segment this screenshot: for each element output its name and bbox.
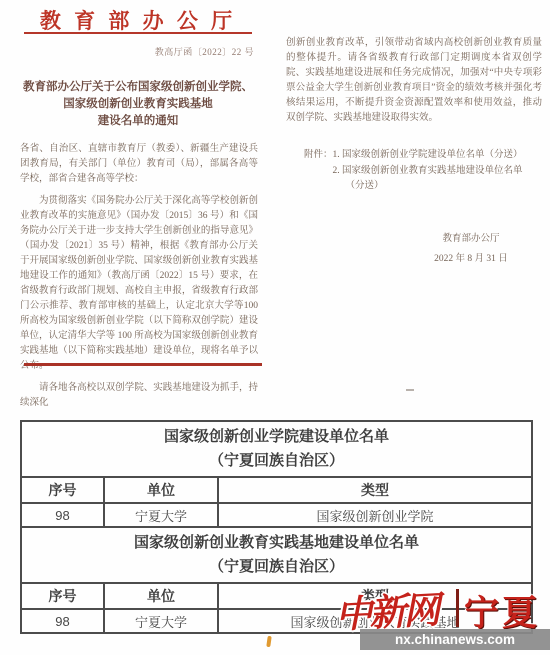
table-row: 98 宁夏大学 国家级创新创业学院 <box>21 503 532 527</box>
document-title: 教育部办公厅关于公布国家级创新创业学院、 国家级创新创业教育实践基地 建设名单的… <box>14 79 262 130</box>
watermark-site-url: nx.chinanews.com <box>360 629 550 650</box>
signature-block: 教育部办公厅 2022 年 8 月 31 日 <box>421 229 521 269</box>
table1-title: 国家级创新创业学院建设单位名单 <box>22 425 531 449</box>
cell-type: 国家级创新创业学院 <box>218 503 532 527</box>
signer-name: 教育部办公厅 <box>421 229 521 249</box>
scan-artifact-dash <box>406 389 414 391</box>
column-header-unit: 单位 <box>104 583 218 609</box>
table2-title: 国家级创新创业教育实践基地建设单位名单 <box>22 531 531 555</box>
attachments-block: 附件： 1. 国家级创新创业学院建设单位名单（分送） 2. 国家级创新创业教育实… <box>304 148 530 195</box>
sign-date: 2022 年 8 月 31 日 <box>421 249 521 269</box>
page-footer-rule <box>24 363 262 366</box>
title-line-1: 教育部办公厅关于公布国家级创新创业学院、 <box>14 79 262 96</box>
body-paragraph-2: 请各地各高校以双创学院、实践基地建设为抓手，持续深化 <box>20 381 258 411</box>
title-line-2: 国家级创新创业教育实践基地 <box>14 96 262 113</box>
scanned-document: 教 育 部 办 公 厅 教高厅函〔2022〕22 号 教育部办公厅关于公布国家级… <box>0 0 550 655</box>
column-header-index: 序号 <box>21 477 104 503</box>
watermark-separator <box>456 589 459 627</box>
title-line-3: 建设名单的通知 <box>14 113 262 130</box>
agency-header: 教 育 部 办 公 厅 <box>16 5 260 35</box>
salutation-paragraph: 各省、自治区、直辖市教育厅（教委）、新疆生产建设兵团教育局，有关部门（单位）教育… <box>20 142 258 187</box>
table1-subtitle: （宁夏回族自治区） <box>22 449 531 473</box>
attachments-label: 附件： <box>304 148 333 195</box>
column-header-unit: 单位 <box>104 477 218 503</box>
cell-index: 98 <box>21 503 104 527</box>
cell-unit: 宁夏大学 <box>104 609 218 633</box>
body-paragraph-1: 为贯彻落实《国务院办公厅关于深化高等学校创新创业教育改革的实施意见》（国办发〔2… <box>20 194 258 374</box>
attachments-list: 1. 国家级创新创业学院建设单位名单（分送） 2. 国家级创新创业教育实践基地建… <box>333 148 530 195</box>
header-rule <box>24 32 252 34</box>
scan-artifact-speck <box>266 636 271 647</box>
attachment-item-2: 2. 国家级创新创业教育实践基地建设单位名单（分送） <box>333 164 530 195</box>
cell-unit: 宁夏大学 <box>104 503 218 527</box>
table2-subtitle: （宁夏回族自治区） <box>22 555 531 579</box>
doc-number: 教高厅函〔2022〕22 号 <box>16 45 254 58</box>
letter-body-page-2: 创新创业教育改革，引领带动省域内高校创新创业教育质量的整体提升。请各省级教育行政… <box>286 36 542 133</box>
table2-title-row: 国家级创新创业教育实践基地建设单位名单 （宁夏回族自治区） <box>21 527 532 583</box>
table1-title-row: 国家级创新创业学院建设单位名单 （宁夏回族自治区） <box>21 421 532 477</box>
body-paragraph-3: 创新创业教育改革，引领带动省域内高校创新创业教育质量的整体提升。请各省级教育行政… <box>286 36 542 126</box>
attachment-item-1: 1. 国家级创新创业学院建设单位名单（分送） <box>333 148 530 164</box>
column-header-index: 序号 <box>21 583 104 609</box>
column-header-type: 类型 <box>218 477 532 503</box>
table1-header-row: 序号 单位 类型 <box>21 477 532 503</box>
cell-index: 98 <box>21 609 104 633</box>
letter-body-page-1: 各省、自治区、直辖市教育厅（教委）、新疆生产建设兵团教育局，有关部门（单位）教育… <box>20 142 258 418</box>
